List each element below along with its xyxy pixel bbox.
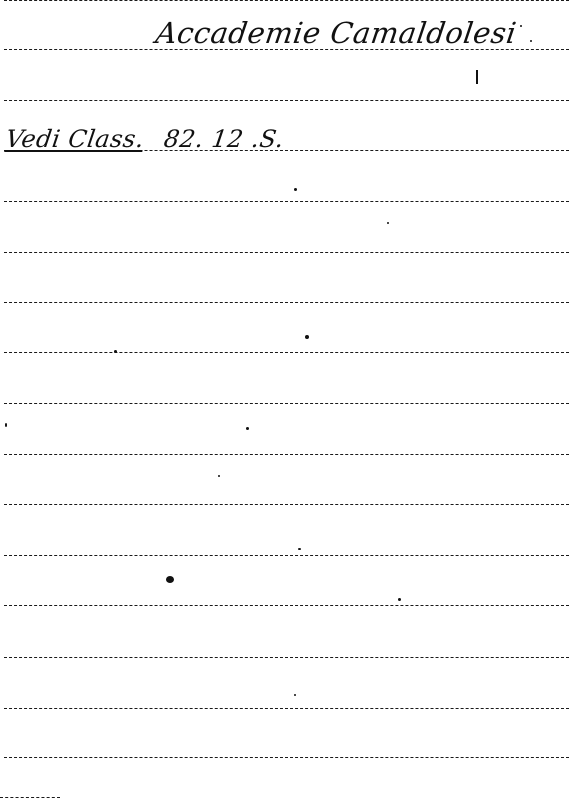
ruled-line bbox=[4, 403, 569, 404]
scan-speck bbox=[520, 25, 522, 27]
ruled-line bbox=[4, 454, 569, 455]
ruled-line bbox=[4, 100, 569, 101]
ruled-line bbox=[4, 352, 569, 353]
ruled-line bbox=[4, 0, 569, 1]
scan-speck bbox=[5, 423, 7, 427]
ruled-line bbox=[0, 797, 60, 798]
scan-speck bbox=[305, 335, 309, 339]
ruled-line bbox=[4, 201, 569, 202]
scan-speck bbox=[398, 598, 401, 601]
scan-speck bbox=[298, 548, 301, 550]
ruled-line bbox=[4, 657, 569, 658]
scan-speck bbox=[114, 350, 117, 353]
scan-mark bbox=[476, 70, 478, 84]
cross-reference: Vedi Class.82. 12 .S. bbox=[4, 125, 286, 153]
scan-speck bbox=[246, 427, 249, 430]
scan-speck bbox=[218, 475, 220, 477]
ruled-line bbox=[4, 504, 569, 505]
ruled-line bbox=[4, 708, 569, 709]
scan-speck bbox=[387, 222, 389, 224]
card-heading: Accademie Camaldolesi bbox=[154, 16, 519, 50]
ruled-line bbox=[4, 605, 569, 606]
ruled-line bbox=[4, 302, 569, 303]
scan-speck bbox=[530, 40, 532, 42]
scan-speck bbox=[294, 188, 297, 191]
ruled-line bbox=[4, 555, 569, 556]
ruled-line bbox=[4, 252, 569, 253]
scan-speck bbox=[294, 694, 296, 696]
catalog-card: Accademie Camaldolesi Vedi Class.82. 12 … bbox=[0, 0, 569, 800]
reference-label: Vedi Class. bbox=[4, 125, 146, 153]
ruled-line bbox=[4, 757, 569, 758]
scan-speck bbox=[166, 576, 174, 583]
reference-number: 82. 12 .S. bbox=[162, 125, 286, 153]
